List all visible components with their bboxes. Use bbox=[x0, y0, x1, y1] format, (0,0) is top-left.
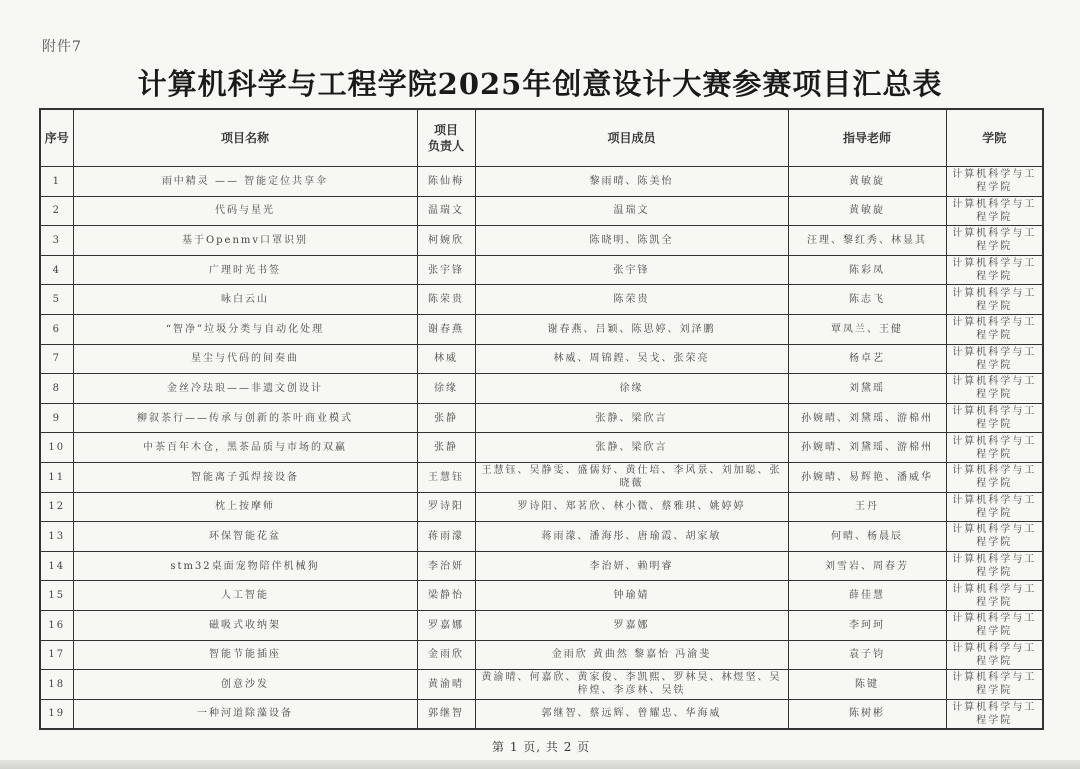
cell-advisor: 薛佳慧 bbox=[788, 581, 946, 611]
table-row: 14 stm32桌面宠物陪伴机械狗 李治妍 李治妍、赖明睿 刘雪岩、周春芳 计算… bbox=[40, 551, 1043, 581]
cell-seq: 6 bbox=[40, 314, 73, 344]
cell-college: 计算机科学与工程学院 bbox=[946, 167, 1043, 197]
cell-seq: 11 bbox=[40, 462, 73, 492]
cell-seq: 19 bbox=[40, 699, 73, 729]
attachment-label: 附件7 bbox=[42, 36, 82, 56]
cell-advisor: 孙婉晴、易辉艳、潘威华 bbox=[788, 462, 946, 492]
cell-members: 张静、梁欣言 bbox=[475, 433, 788, 463]
cell-college: 计算机科学与工程学院 bbox=[946, 314, 1043, 344]
cell-advisor: 袁子钧 bbox=[788, 640, 946, 670]
table-row: 13 环保智能花盆 蒋雨濛 蒋雨濛、潘海彤、唐瑜霞、胡家敏 何晴、杨晨辰 计算机… bbox=[40, 522, 1043, 552]
cell-advisor: 何晴、杨晨辰 bbox=[788, 522, 946, 552]
page-indicator: 第 1 页, 共 2 页 bbox=[492, 738, 590, 755]
cell-members: 徐缘 bbox=[475, 374, 788, 404]
cell-seq: 18 bbox=[40, 670, 73, 700]
cell-project-name: 枕上按摩师 bbox=[73, 492, 417, 522]
cell-advisor: 覃凤兰、王健 bbox=[788, 314, 946, 344]
cell-college: 计算机科学与工程学院 bbox=[946, 492, 1043, 522]
table-row: 16 磁吸式收纳架 罗嘉娜 罗嘉娜 李珂珂 计算机科学与工程学院 bbox=[40, 610, 1043, 640]
cell-members: 张宇锋 bbox=[475, 255, 788, 285]
cell-advisor: 陈键 bbox=[788, 670, 946, 700]
cell-college: 计算机科学与工程学院 bbox=[946, 551, 1043, 581]
cell-advisor: 黄敏旋 bbox=[788, 196, 946, 226]
cell-project-name: 基于Openmv口罩识别 bbox=[73, 226, 417, 256]
table-row: 9 柳叙茶行——传承与创新的茶叶商业模式 张静 张静、梁欣言 孙婉晴、刘黛瑶、游… bbox=[40, 403, 1043, 433]
header-advisor: 指导老师 bbox=[788, 109, 946, 167]
cell-leader: 张静 bbox=[417, 403, 475, 433]
table-row: 17 智能节能插座 金雨欣 金雨欣 黄曲然 黎嘉怡 冯渝斐 袁子钧 计算机科学与… bbox=[40, 640, 1043, 670]
table-row: 18 创意沙发 黄渝晴 黄渝晴、何嘉欣、黄家俊、李凯熙、罗林昊、林煜坚、吴梓煌、… bbox=[40, 670, 1043, 700]
cell-college: 计算机科学与工程学院 bbox=[946, 255, 1043, 285]
cell-members: 王慧钰、吴静雯、盛儒妤、黄仕培、李风景、刘加聪、张晓薇 bbox=[475, 462, 788, 492]
cell-seq: 1 bbox=[40, 167, 73, 197]
table-row: 2 代码与星光 温瑞文 温瑞文 黄敏旋 计算机科学与工程学院 bbox=[40, 196, 1043, 226]
cell-project-name: 中茶百年木仓，黑茶品质与市场的双赢 bbox=[73, 433, 417, 463]
cell-leader: 林威 bbox=[417, 344, 475, 374]
cell-advisor: 杨卓艺 bbox=[788, 344, 946, 374]
page-bottom-edge bbox=[0, 760, 1080, 769]
cell-members: 温瑞文 bbox=[475, 196, 788, 226]
cell-members: 郭继智、蔡远辉、曾耀忠、华海威 bbox=[475, 699, 788, 729]
cell-project-name: 金丝冷珐琅——非遗文创设计 bbox=[73, 374, 417, 404]
table-header-row: 序号 项目名称 项目 负责人 项目成员 指导老师 学院 bbox=[40, 109, 1043, 167]
cell-seq: 16 bbox=[40, 610, 73, 640]
table-row: 15 人工智能 梁静怡 钟瑜婧 薛佳慧 计算机科学与工程学院 bbox=[40, 581, 1043, 611]
cell-seq: 4 bbox=[40, 255, 73, 285]
cell-members: 金雨欣 黄曲然 黎嘉怡 冯渝斐 bbox=[475, 640, 788, 670]
cell-project-name: 广理时光书签 bbox=[73, 255, 417, 285]
cell-leader: 陈荣贵 bbox=[417, 285, 475, 315]
cell-leader: 罗嘉娜 bbox=[417, 610, 475, 640]
cell-members: 陈荣贵 bbox=[475, 285, 788, 315]
cell-seq: 7 bbox=[40, 344, 73, 374]
cell-seq: 17 bbox=[40, 640, 73, 670]
cell-project-name: “智净”垃圾分类与自动化处理 bbox=[73, 314, 417, 344]
table-row: 7 星尘与代码的间奏曲 林威 林威、周锦鍠、吴戈、张荣亮 杨卓艺 计算机科学与工… bbox=[40, 344, 1043, 374]
cell-leader: 罗诗阳 bbox=[417, 492, 475, 522]
cell-seq: 5 bbox=[40, 285, 73, 315]
table-row: 11 智能离子弧焊接设备 王慧钰 王慧钰、吴静雯、盛儒妤、黄仕培、李风景、刘加聪… bbox=[40, 462, 1043, 492]
cell-advisor: 孙婉晴、刘黛瑶、游棉州 bbox=[788, 433, 946, 463]
cell-seq: 12 bbox=[40, 492, 73, 522]
cell-college: 计算机科学与工程学院 bbox=[946, 522, 1043, 552]
table-row: 6 “智净”垃圾分类与自动化处理 谢春燕 谢春燕、吕颖、陈思婷、刘泽鹏 覃凤兰、… bbox=[40, 314, 1043, 344]
cell-college: 计算机科学与工程学院 bbox=[946, 226, 1043, 256]
cell-members: 黎雨晴、陈美怡 bbox=[475, 167, 788, 197]
project-summary-table: 序号 项目名称 项目 负责人 项目成员 指导老师 学院 1 雨中精灵 —— 智能… bbox=[39, 108, 1044, 730]
table-row: 8 金丝冷珐琅——非遗文创设计 徐缘 徐缘 刘黛瑶 计算机科学与工程学院 bbox=[40, 374, 1043, 404]
cell-project-name: 代码与星光 bbox=[73, 196, 417, 226]
cell-college: 计算机科学与工程学院 bbox=[946, 581, 1043, 611]
cell-members: 张静、梁欣言 bbox=[475, 403, 788, 433]
cell-seq: 9 bbox=[40, 403, 73, 433]
cell-project-name: 人工智能 bbox=[73, 581, 417, 611]
header-seq: 序号 bbox=[40, 109, 73, 167]
cell-leader: 张静 bbox=[417, 433, 475, 463]
cell-members: 陈晓明、陈凯全 bbox=[475, 226, 788, 256]
cell-seq: 10 bbox=[40, 433, 73, 463]
cell-seq: 13 bbox=[40, 522, 73, 552]
cell-seq: 8 bbox=[40, 374, 73, 404]
cell-leader: 陈仙梅 bbox=[417, 167, 475, 197]
cell-leader: 张宇锋 bbox=[417, 255, 475, 285]
cell-leader: 金雨欣 bbox=[417, 640, 475, 670]
cell-college: 计算机科学与工程学院 bbox=[946, 403, 1043, 433]
cell-advisor: 王丹 bbox=[788, 492, 946, 522]
cell-leader: 郭继智 bbox=[417, 699, 475, 729]
cell-advisor: 李珂珂 bbox=[788, 610, 946, 640]
header-members: 项目成员 bbox=[475, 109, 788, 167]
table-row: 10 中茶百年木仓，黑茶品质与市场的双赢 张静 张静、梁欣言 孙婉晴、刘黛瑶、游… bbox=[40, 433, 1043, 463]
header-project-name: 项目名称 bbox=[73, 109, 417, 167]
cell-advisor: 黄敏旋 bbox=[788, 167, 946, 197]
cell-seq: 2 bbox=[40, 196, 73, 226]
cell-project-name: 创意沙发 bbox=[73, 670, 417, 700]
cell-project-name: 智能离子弧焊接设备 bbox=[73, 462, 417, 492]
cell-seq: 3 bbox=[40, 226, 73, 256]
table-row: 1 雨中精灵 —— 智能定位共享伞 陈仙梅 黎雨晴、陈美怡 黄敏旋 计算机科学与… bbox=[40, 167, 1043, 197]
cell-members: 钟瑜婧 bbox=[475, 581, 788, 611]
cell-project-name: 一种河道除藻设备 bbox=[73, 699, 417, 729]
cell-project-name: 磁吸式收纳架 bbox=[73, 610, 417, 640]
header-leader-text: 项目 负责人 bbox=[428, 123, 464, 153]
header-leader: 项目 负责人 bbox=[417, 109, 475, 167]
table-row: 3 基于Openmv口罩识别 柯婉欣 陈晓明、陈凯全 汪理、黎红秀、林显其 计算… bbox=[40, 226, 1043, 256]
cell-members: 罗嘉娜 bbox=[475, 610, 788, 640]
cell-college: 计算机科学与工程学院 bbox=[946, 285, 1043, 315]
cell-advisor: 陈彩凤 bbox=[788, 255, 946, 285]
cell-project-name: 智能节能插座 bbox=[73, 640, 417, 670]
cell-college: 计算机科学与工程学院 bbox=[946, 670, 1043, 700]
cell-project-name: stm32桌面宠物陪伴机械狗 bbox=[73, 551, 417, 581]
cell-advisor: 陈树彬 bbox=[788, 699, 946, 729]
cell-leader: 柯婉欣 bbox=[417, 226, 475, 256]
cell-advisor: 孙婉晴、刘黛瑶、游棉州 bbox=[788, 403, 946, 433]
table-row: 4 广理时光书签 张宇锋 张宇锋 陈彩凤 计算机科学与工程学院 bbox=[40, 255, 1043, 285]
cell-project-name: 咏白云山 bbox=[73, 285, 417, 315]
cell-college: 计算机科学与工程学院 bbox=[946, 344, 1043, 374]
cell-advisor: 汪理、黎红秀、林显其 bbox=[788, 226, 946, 256]
table-row: 19 一种河道除藻设备 郭继智 郭继智、蔡远辉、曾耀忠、华海威 陈树彬 计算机科… bbox=[40, 699, 1043, 729]
header-college: 学院 bbox=[946, 109, 1043, 167]
cell-leader: 梁静怡 bbox=[417, 581, 475, 611]
cell-college: 计算机科学与工程学院 bbox=[946, 462, 1043, 492]
cell-project-name: 环保智能花盆 bbox=[73, 522, 417, 552]
cell-leader: 谢春燕 bbox=[417, 314, 475, 344]
cell-leader: 蒋雨濛 bbox=[417, 522, 475, 552]
cell-advisor: 陈志飞 bbox=[788, 285, 946, 315]
cell-college: 计算机科学与工程学院 bbox=[946, 374, 1043, 404]
cell-members: 罗诗阳、郑茗欣、林小微、蔡雅琪、姚婷婷 bbox=[475, 492, 788, 522]
cell-college: 计算机科学与工程学院 bbox=[946, 433, 1043, 463]
cell-advisor: 刘黛瑶 bbox=[788, 374, 946, 404]
table-row: 12 枕上按摩师 罗诗阳 罗诗阳、郑茗欣、林小微、蔡雅琪、姚婷婷 王丹 计算机科… bbox=[40, 492, 1043, 522]
cell-members: 林威、周锦鍠、吴戈、张荣亮 bbox=[475, 344, 788, 374]
cell-members: 蒋雨濛、潘海彤、唐瑜霞、胡家敏 bbox=[475, 522, 788, 552]
cell-project-name: 柳叙茶行——传承与创新的茶叶商业模式 bbox=[73, 403, 417, 433]
cell-college: 计算机科学与工程学院 bbox=[946, 699, 1043, 729]
cell-college: 计算机科学与工程学院 bbox=[946, 196, 1043, 226]
table-row: 5 咏白云山 陈荣贵 陈荣贵 陈志飞 计算机科学与工程学院 bbox=[40, 285, 1043, 315]
cell-project-name: 雨中精灵 —— 智能定位共享伞 bbox=[73, 167, 417, 197]
cell-leader: 王慧钰 bbox=[417, 462, 475, 492]
cell-members: 李治妍、赖明睿 bbox=[475, 551, 788, 581]
cell-leader: 李治妍 bbox=[417, 551, 475, 581]
cell-seq: 15 bbox=[40, 581, 73, 611]
cell-college: 计算机科学与工程学院 bbox=[946, 610, 1043, 640]
document-title: 计算机科学与工程学院2025年创意设计大赛参赛项目汇总表 bbox=[0, 62, 1080, 103]
cell-leader: 徐缘 bbox=[417, 374, 475, 404]
cell-members: 谢春燕、吕颖、陈思婷、刘泽鹏 bbox=[475, 314, 788, 344]
cell-advisor: 刘雪岩、周春芳 bbox=[788, 551, 946, 581]
cell-project-name: 星尘与代码的间奏曲 bbox=[73, 344, 417, 374]
cell-seq: 14 bbox=[40, 551, 73, 581]
cell-leader: 黄渝晴 bbox=[417, 670, 475, 700]
cell-members: 黄渝晴、何嘉欣、黄家俊、李凯熙、罗林昊、林煜坚、吴梓煌、李彦林、吴铁 bbox=[475, 670, 788, 700]
cell-leader: 温瑞文 bbox=[417, 196, 475, 226]
cell-college: 计算机科学与工程学院 bbox=[946, 640, 1043, 670]
